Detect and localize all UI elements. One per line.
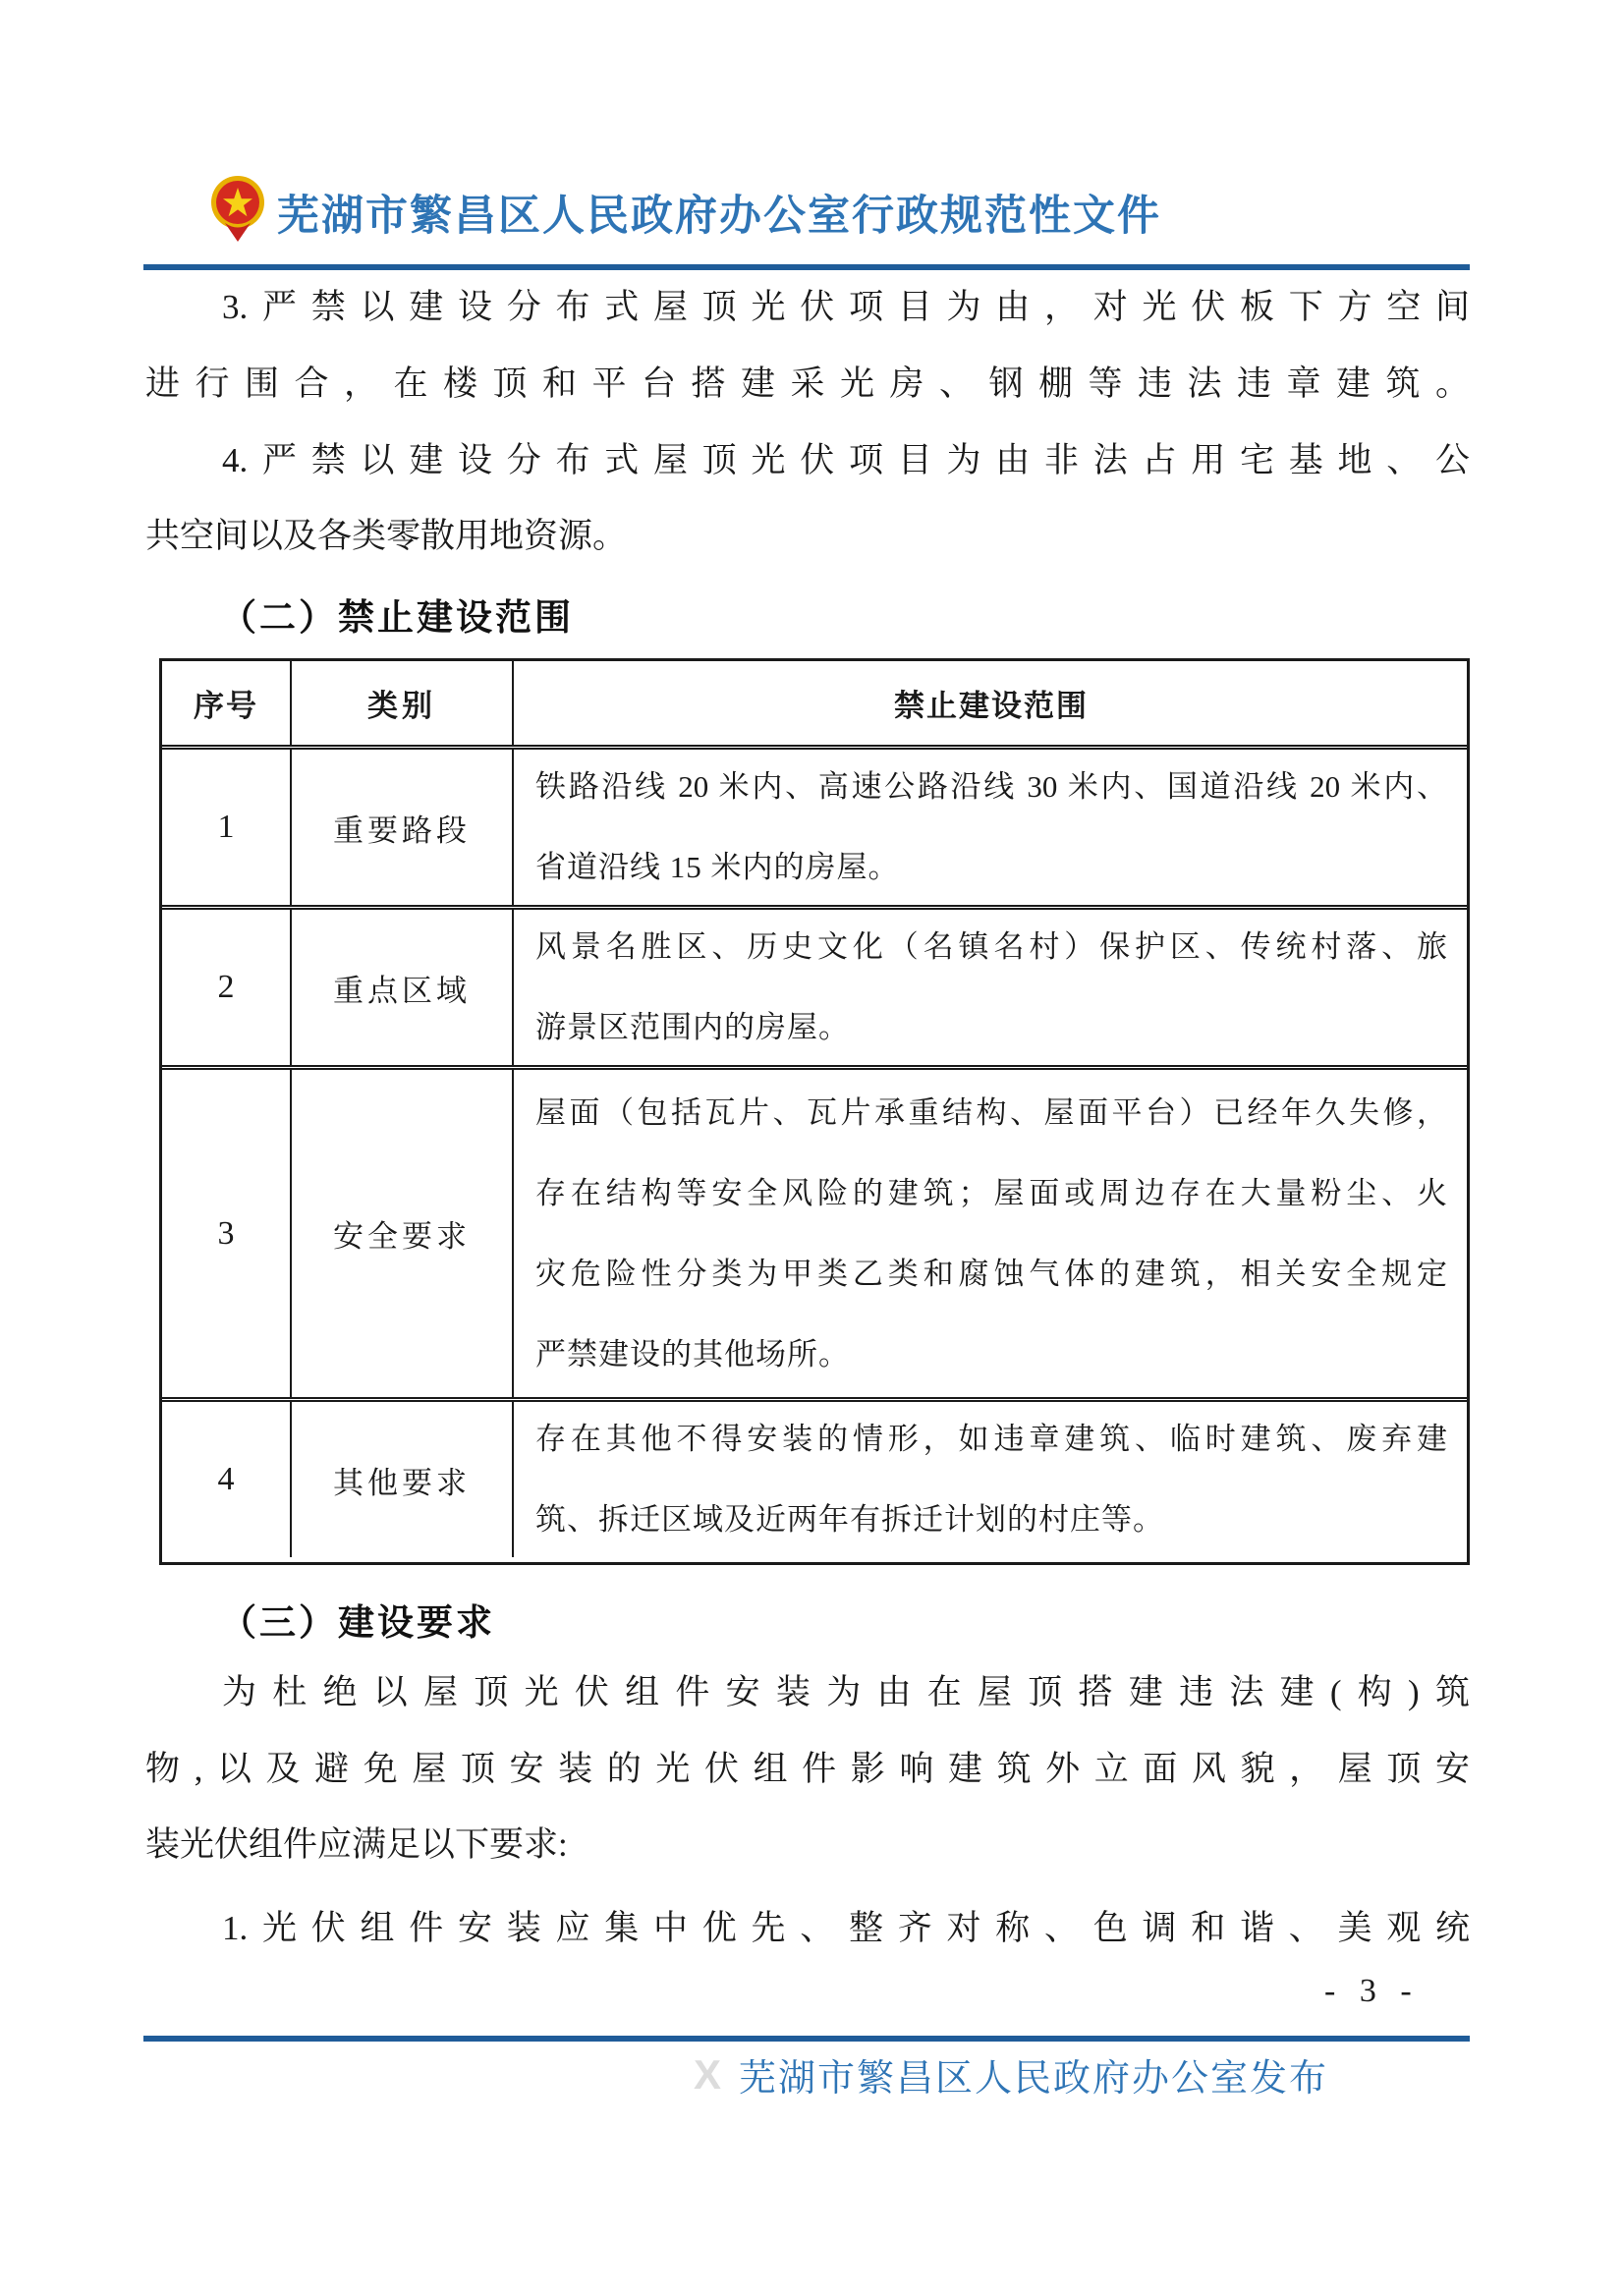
row-3-scope-line: 存在结构等安全风险的建筑；屋面或周边存在大量粉尘、火 — [535, 1153, 1447, 1234]
row-4-scope-line: 存在其他不得安装的情形，如违章建筑、临时建筑、废弃建 — [535, 1399, 1447, 1480]
row-4-scope: 存在其他不得安装的情形，如违章建筑、临时建筑、废弃建 筑、拆迁区域及近两年有拆迁… — [514, 1402, 1467, 1557]
row-2-scope-line: 游景区范围内的房屋。 — [535, 987, 1447, 1068]
prohibited-construction-table: 序号 类别 禁止建设范围 1 重要路段 铁路沿线 20 米内、高速公路沿线 30… — [159, 658, 1470, 1565]
footer: X 芜湖市繁昌区人民政府办公室发布 — [694, 2047, 1328, 2101]
row-1-scope-line: 省道沿线 15 米内的房屋。 — [535, 827, 1447, 908]
footer-divider-rule — [143, 2036, 1470, 2042]
footer-publisher: 芜湖市繁昌区人民政府办公室发布 — [739, 2047, 1328, 2101]
header-divider-rule — [143, 264, 1470, 270]
row-2-no: 2 — [162, 910, 292, 1065]
row-3-no: 3 — [162, 1070, 292, 1397]
col-header-scope: 禁止建设范围 — [514, 661, 1467, 745]
row-3-category: 安全要求 — [292, 1070, 514, 1397]
china-national-emblem-icon — [208, 175, 267, 242]
table-row: 2 重点区域 风景名胜区、历史文化（名镇名村）保护区、传统村落、旅 游景区范围内… — [162, 910, 1467, 1070]
row-3-scope: 屋面（包括瓦片、瓦片承重结构、屋面平台）已经年久失修， 存在结构等安全风险的建筑… — [514, 1070, 1467, 1397]
row-2-scope-line: 风景名胜区、历史文化（名镇名村）保护区、传统村落、旅 — [535, 907, 1447, 987]
section-3-para-line-2: 物,以及避免屋顶安装的光伏组件影响建筑外立面风貌，屋顶安 — [145, 1747, 1470, 1798]
table-row: 4 其他要求 存在其他不得安装的情形，如违章建筑、临时建筑、废弃建 筑、拆迁区域… — [162, 1402, 1467, 1557]
table-row: 3 安全要求 屋面（包括瓦片、瓦片承重结构、屋面平台）已经年久失修， 存在结构等… — [162, 1070, 1467, 1402]
row-1-category: 重要路段 — [292, 750, 514, 905]
col-header-category: 类别 — [292, 661, 514, 745]
table-header-row: 序号 类别 禁止建设范围 — [162, 661, 1467, 750]
row-4-scope-line: 筑、拆迁区域及近两年有拆迁计划的村庄等。 — [535, 1480, 1447, 1560]
row-4-category: 其他要求 — [292, 1402, 514, 1557]
document-header-title: 芜湖市繁昌区人民政府办公室行政规范性文件 — [277, 183, 1161, 243]
row-2-category: 重点区域 — [292, 910, 514, 1065]
paragraph-3-line-1: 3.严禁以建设分布式屋顶光伏项目为由，对光伏板下方空间 — [145, 285, 1470, 336]
paragraph-3-line-2: 进行围合，在楼顶和平台搭建采光房、钢棚等违法违章建筑。 — [145, 362, 1470, 413]
row-3-scope-line: 屋面（包括瓦片、瓦片承重结构、屋面平台）已经年久失修， — [535, 1073, 1447, 1153]
row-4-no: 4 — [162, 1402, 292, 1557]
section-3-para-line-3: 装光伏组件应满足以下要求: — [145, 1822, 1470, 1874]
item-1-line: 1.光伏组件安装应集中优先、整齐对称、色调和谐、美观统 — [145, 1906, 1470, 1957]
paragraph-4-line-1: 4.严禁以建设分布式屋顶光伏项目为由非法占用宅基地、公 — [145, 438, 1470, 489]
paragraph-4-line-2: 共空间以及各类零散用地资源。 — [145, 514, 1470, 565]
row-1-no: 1 — [162, 750, 292, 905]
page-number: - 3 - — [1324, 1973, 1420, 2010]
col-header-no: 序号 — [162, 661, 292, 745]
row-2-scope: 风景名胜区、历史文化（名镇名村）保护区、传统村落、旅 游景区范围内的房屋。 — [514, 910, 1467, 1065]
row-3-scope-line: 灾危险性分类为甲类乙类和腐蚀气体的建筑，相关安全规定 — [535, 1234, 1447, 1315]
section-3-para-line-1: 为杜绝以屋顶光伏组件安装为由在屋顶搭建违法建(构)筑 — [145, 1670, 1470, 1721]
section-3-heading: （三）建设要求 — [220, 1593, 495, 1646]
row-3-scope-line: 严禁建设的其他场所。 — [535, 1315, 1447, 1395]
table-row: 1 重要路段 铁路沿线 20 米内、高速公路沿线 30 米内、国道沿线 20 米… — [162, 750, 1467, 910]
row-1-scope: 铁路沿线 20 米内、高速公路沿线 30 米内、国道沿线 20 米内、 省道沿线… — [514, 750, 1467, 905]
section-2-heading: （二）禁止建设范围 — [220, 588, 574, 641]
row-1-scope-line: 铁路沿线 20 米内、高速公路沿线 30 米内、国道沿线 20 米内、 — [535, 747, 1447, 827]
footer-watermark-x-icon: X — [694, 2051, 721, 2099]
document-page: { "header": { "title": "芜湖市繁昌区人民政府办公室行政规… — [0, 0, 1623, 2296]
